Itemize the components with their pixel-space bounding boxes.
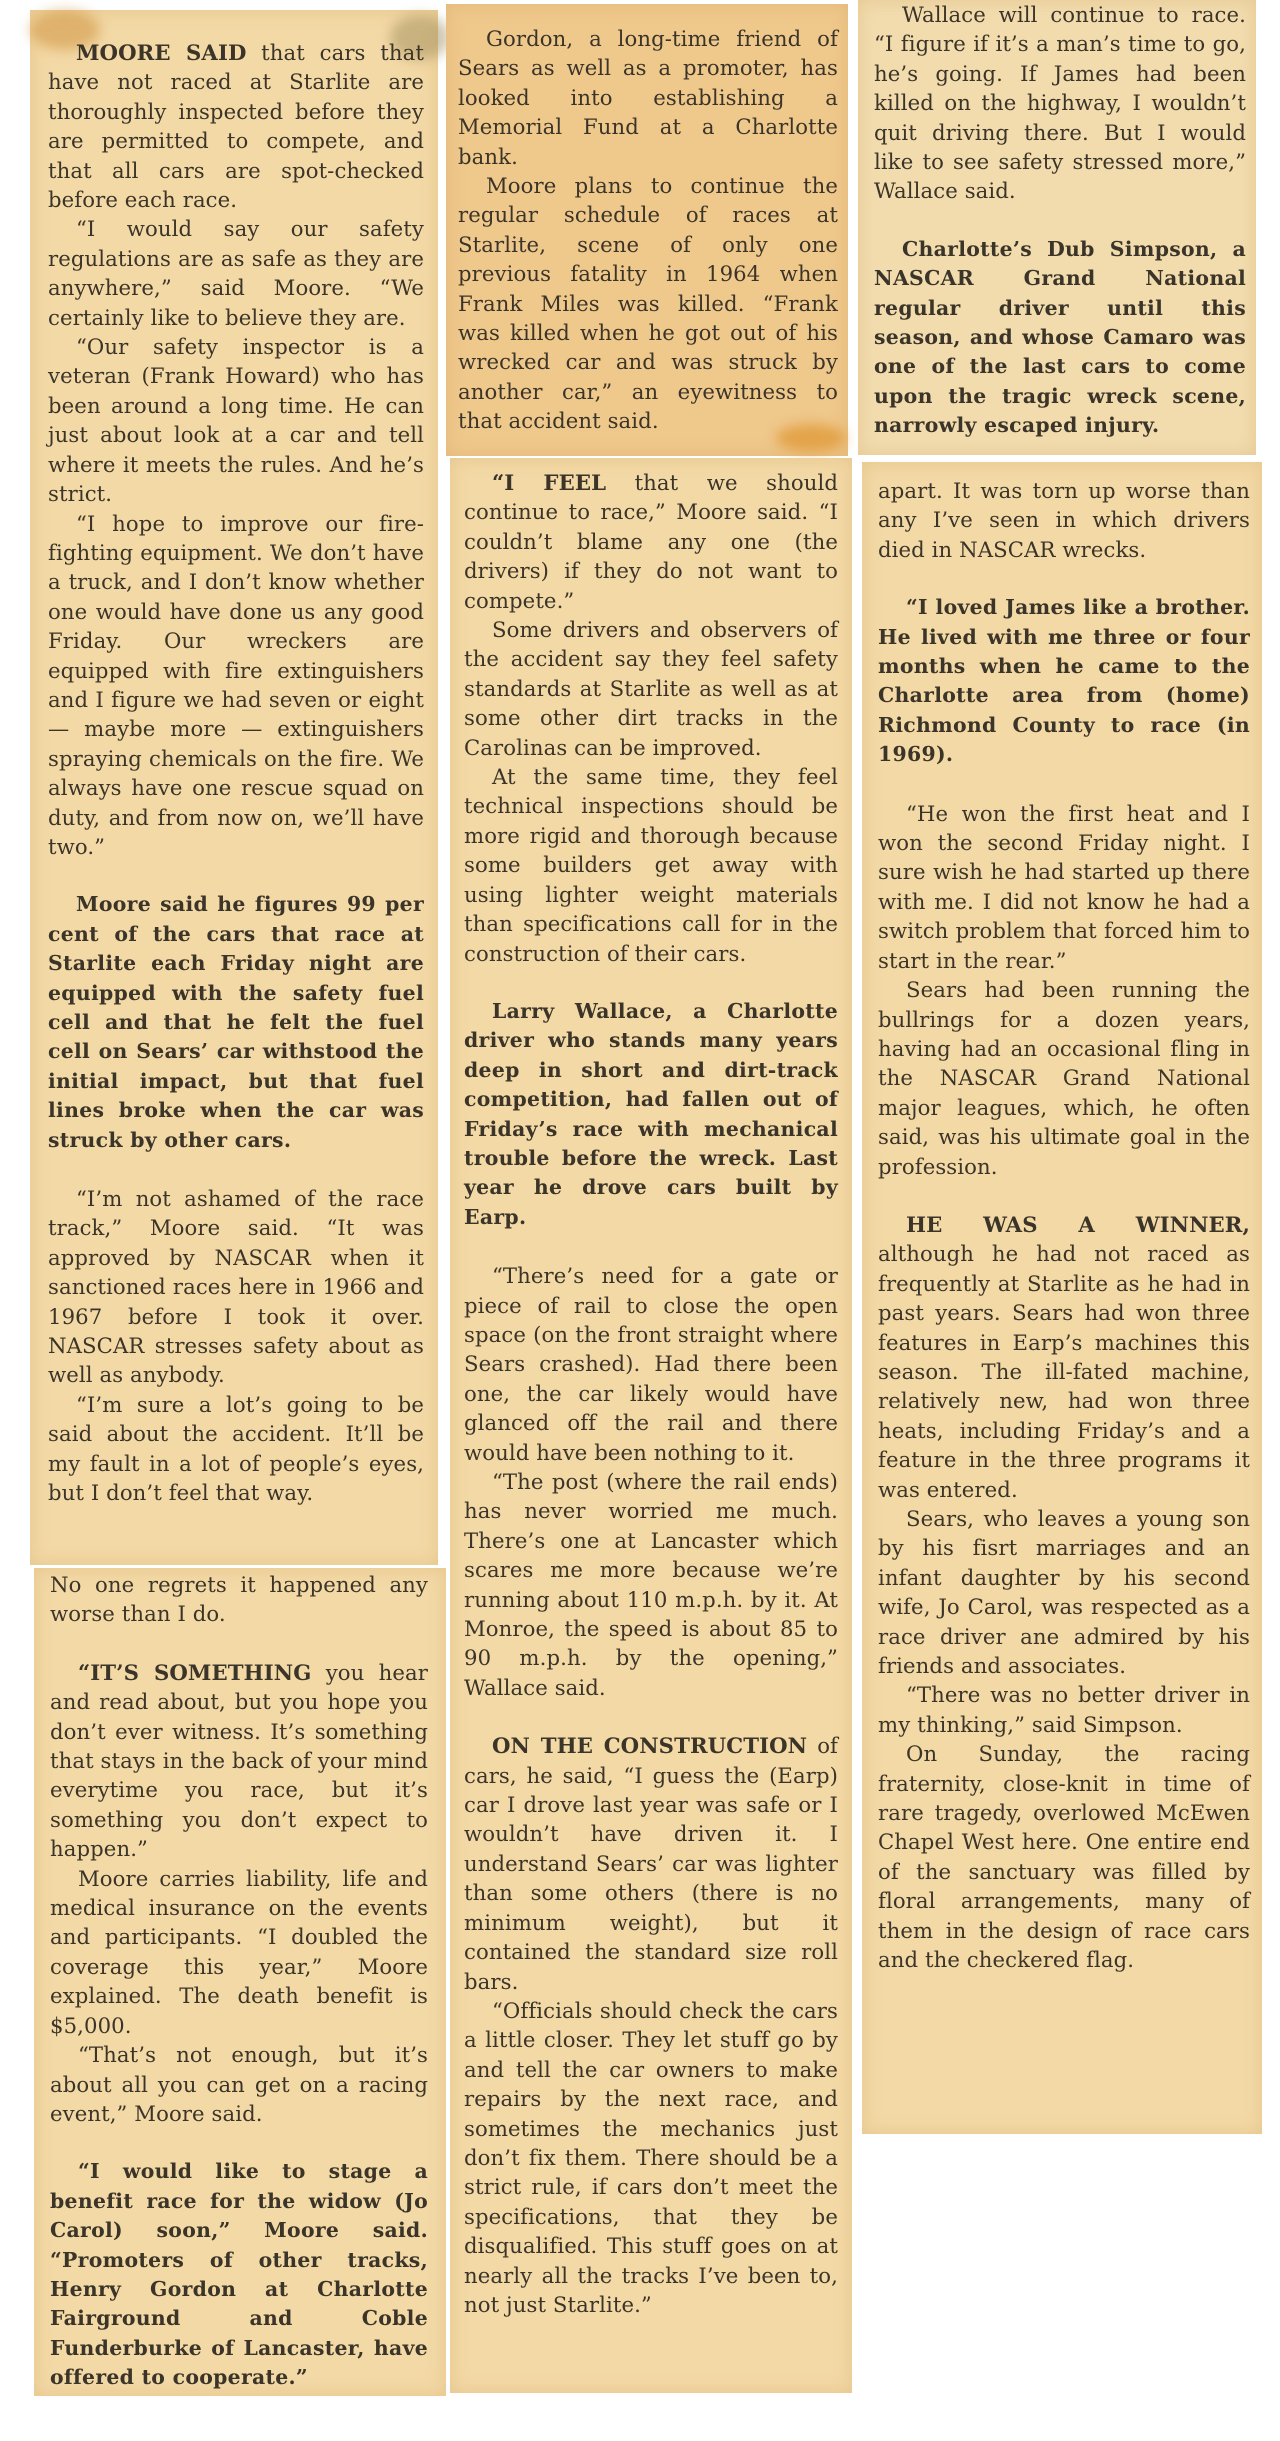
paragraph-body: Wallace will continue to race. “I figure… bbox=[874, 2, 1246, 203]
article-paragraph: “There’s need for a gate or piece of rai… bbox=[464, 1261, 838, 1467]
paragraph-body: Sears, who leaves a young son by his fis… bbox=[878, 1506, 1250, 1678]
article-paragraph: “There was no better driver in my thinki… bbox=[878, 1680, 1250, 1739]
article-paragraph: “I would like to stage a benefit race fo… bbox=[50, 2157, 428, 2392]
paragraph-body: you hear and read about, but you hope yo… bbox=[50, 1660, 428, 1861]
article-paragraph: Charlotte’s Dub Simpson, a NASCAR Grand … bbox=[874, 235, 1246, 441]
paragraph-body: “He won the first heat and I won the sec… bbox=[878, 801, 1250, 973]
article-paragraph: “Our safety inspector is a veteran (Fran… bbox=[48, 332, 424, 508]
paragraph-body: Some drivers and observers of the accide… bbox=[464, 617, 838, 760]
article-paragraph: Moore said he figures 99 per cent of the… bbox=[48, 890, 424, 1155]
paragraph-body: Sears had been running the bullrings for… bbox=[878, 977, 1250, 1178]
paragraph-body: “I would say our safety regulations are … bbox=[48, 216, 424, 329]
paragraph-body: apart. It was torn up worse than any I’v… bbox=[878, 478, 1250, 562]
column-2-clip-top: Gordon, a long-time friend of Sears as w… bbox=[446, 4, 848, 456]
article-paragraph: “I’m not ashamed of the race track,” Moo… bbox=[48, 1184, 424, 1390]
paragraph-body: Charlotte’s Dub Simpson, a NASCAR Grand … bbox=[874, 237, 1246, 437]
article-paragraph: At the same time, they feel technical in… bbox=[464, 762, 838, 968]
paragraph-body: Moore carries liability, life and medica… bbox=[50, 1866, 428, 2038]
article-paragraph: “The post (where the rail ends) has neve… bbox=[464, 1467, 838, 1702]
paragraph-lead-in: HE WAS A WINNER, bbox=[906, 1212, 1250, 1237]
paragraph-body: Moore plans to continue the regular sche… bbox=[458, 173, 838, 433]
article-paragraph: “I would say our safety regulations are … bbox=[48, 214, 424, 332]
article-paragraph: Larry Wallace, a Charlotte driver who st… bbox=[464, 997, 838, 1232]
article-paragraph: Sears, who leaves a young son by his fis… bbox=[878, 1504, 1250, 1680]
paragraph-body: although he had not raced as frequently … bbox=[878, 1241, 1250, 1501]
paragraph-body: “There was no better driver in my thinki… bbox=[878, 1682, 1250, 1736]
paragraph-body: Moore said he figures 99 per cent of the… bbox=[48, 892, 424, 1151]
paragraph-body: On Sunday, the racing fraternity, close-… bbox=[878, 1741, 1250, 1972]
paragraph-body: Larry Wallace, a Charlotte driver who st… bbox=[464, 999, 838, 1229]
paragraph-body: “I loved James like a brother. He lived … bbox=[878, 595, 1250, 766]
article-paragraph: “Officials should check the cars a littl… bbox=[464, 1996, 838, 2319]
paragraph-body: of cars, he said, “I guess the (Earp) ca… bbox=[464, 1733, 838, 1993]
article-paragraph: Sears had been running the bullrings for… bbox=[878, 975, 1250, 1181]
column-3-bottom-text: apart. It was torn up worse than any I’v… bbox=[862, 462, 1262, 1975]
article-paragraph: HE WAS A WINNER, although he had not rac… bbox=[878, 1210, 1250, 1504]
paragraph-lead-in: “IT’S SOMETHING bbox=[78, 1660, 311, 1685]
article-paragraph: Moore carries liability, life and medica… bbox=[50, 1864, 428, 2040]
article-paragraph: Wallace will continue to race. “I figure… bbox=[874, 0, 1246, 206]
paragraph-body: “There’s need for a gate or piece of rai… bbox=[464, 1263, 838, 1464]
column-3-clip-top: Wallace will continue to race. “I figure… bbox=[858, 0, 1256, 455]
article-paragraph: “I’m sure a lot’s going to be said about… bbox=[48, 1390, 424, 1508]
paragraph-body: “I’m sure a lot’s going to be said about… bbox=[48, 1392, 424, 1505]
article-paragraph: No one regrets it happened any worse tha… bbox=[50, 1570, 428, 1629]
article-paragraph: MOORE SAID that cars that have not raced… bbox=[48, 38, 424, 214]
column-2-bottom-text: “I FEEL that we should continue to race,… bbox=[450, 458, 852, 2319]
article-paragraph: “I loved James like a brother. He lived … bbox=[878, 593, 1250, 769]
article-paragraph: Moore plans to continue the regular sche… bbox=[458, 171, 838, 436]
paragraph-body: “I’m not ashamed of the race track,” Moo… bbox=[48, 1186, 424, 1387]
article-paragraph: “I hope to improve our fire-fighting equ… bbox=[48, 509, 424, 862]
column-2-top-text: Gordon, a long-time friend of Sears as w… bbox=[446, 4, 848, 436]
article-paragraph: “I FEEL that we should continue to race,… bbox=[464, 468, 838, 615]
article-paragraph: “That’s not enough, but it’s about all y… bbox=[50, 2040, 428, 2128]
column-2-clip-bottom: “I FEEL that we should continue to race,… bbox=[450, 458, 852, 2393]
paragraph-body: “That’s not enough, but it’s about all y… bbox=[50, 2042, 428, 2126]
paragraph-lead-in: ON THE CONSTRUCTION bbox=[492, 1733, 807, 1758]
article-paragraph: Gordon, a long-time friend of Sears as w… bbox=[458, 24, 838, 171]
article-paragraph: ON THE CONSTRUCTION of cars, he said, “I… bbox=[464, 1731, 838, 1996]
column-3-top-text: Wallace will continue to race. “I figure… bbox=[858, 0, 1256, 441]
column-1-top-text: MOORE SAID that cars that have not raced… bbox=[30, 10, 438, 1508]
paragraph-lead-in: “I FEEL bbox=[492, 470, 606, 495]
article-paragraph: Some drivers and observers of the accide… bbox=[464, 615, 838, 762]
article-paragraph: apart. It was torn up worse than any I’v… bbox=[878, 476, 1250, 564]
paragraph-body: At the same time, they feel technical in… bbox=[464, 764, 838, 965]
paragraph-body: Gordon, a long-time friend of Sears as w… bbox=[458, 26, 838, 169]
paragraph-body: “I hope to improve our fire-fighting equ… bbox=[48, 511, 424, 859]
column-1-clip-top: MOORE SAID that cars that have not raced… bbox=[30, 10, 438, 1565]
paragraph-body: “The post (where the rail ends) has neve… bbox=[464, 1469, 838, 1700]
paragraph-lead-in: MOORE SAID bbox=[76, 40, 246, 65]
paragraph-body: that cars that have not raced at Starlit… bbox=[48, 40, 424, 212]
paragraph-body: No one regrets it happened any worse tha… bbox=[50, 1572, 428, 1626]
article-paragraph: “IT’S SOMETHING you hear and read about,… bbox=[50, 1658, 428, 1864]
column-3-clip-bottom: apart. It was torn up worse than any I’v… bbox=[862, 462, 1262, 2134]
paragraph-body: “Officials should check the cars a littl… bbox=[464, 1998, 838, 2317]
column-1-bottom-text: No one regrets it happened any worse tha… bbox=[34, 1568, 446, 2393]
paragraph-body: “I would like to stage a benefit race fo… bbox=[50, 2159, 428, 2389]
paragraph-body: “Our safety inspector is a veteran (Fran… bbox=[48, 334, 424, 506]
column-1-clip-bottom: No one regrets it happened any worse tha… bbox=[34, 1568, 446, 2396]
article-paragraph: “He won the first heat and I won the sec… bbox=[878, 799, 1250, 975]
article-paragraph: On Sunday, the racing fraternity, close-… bbox=[878, 1739, 1250, 1974]
